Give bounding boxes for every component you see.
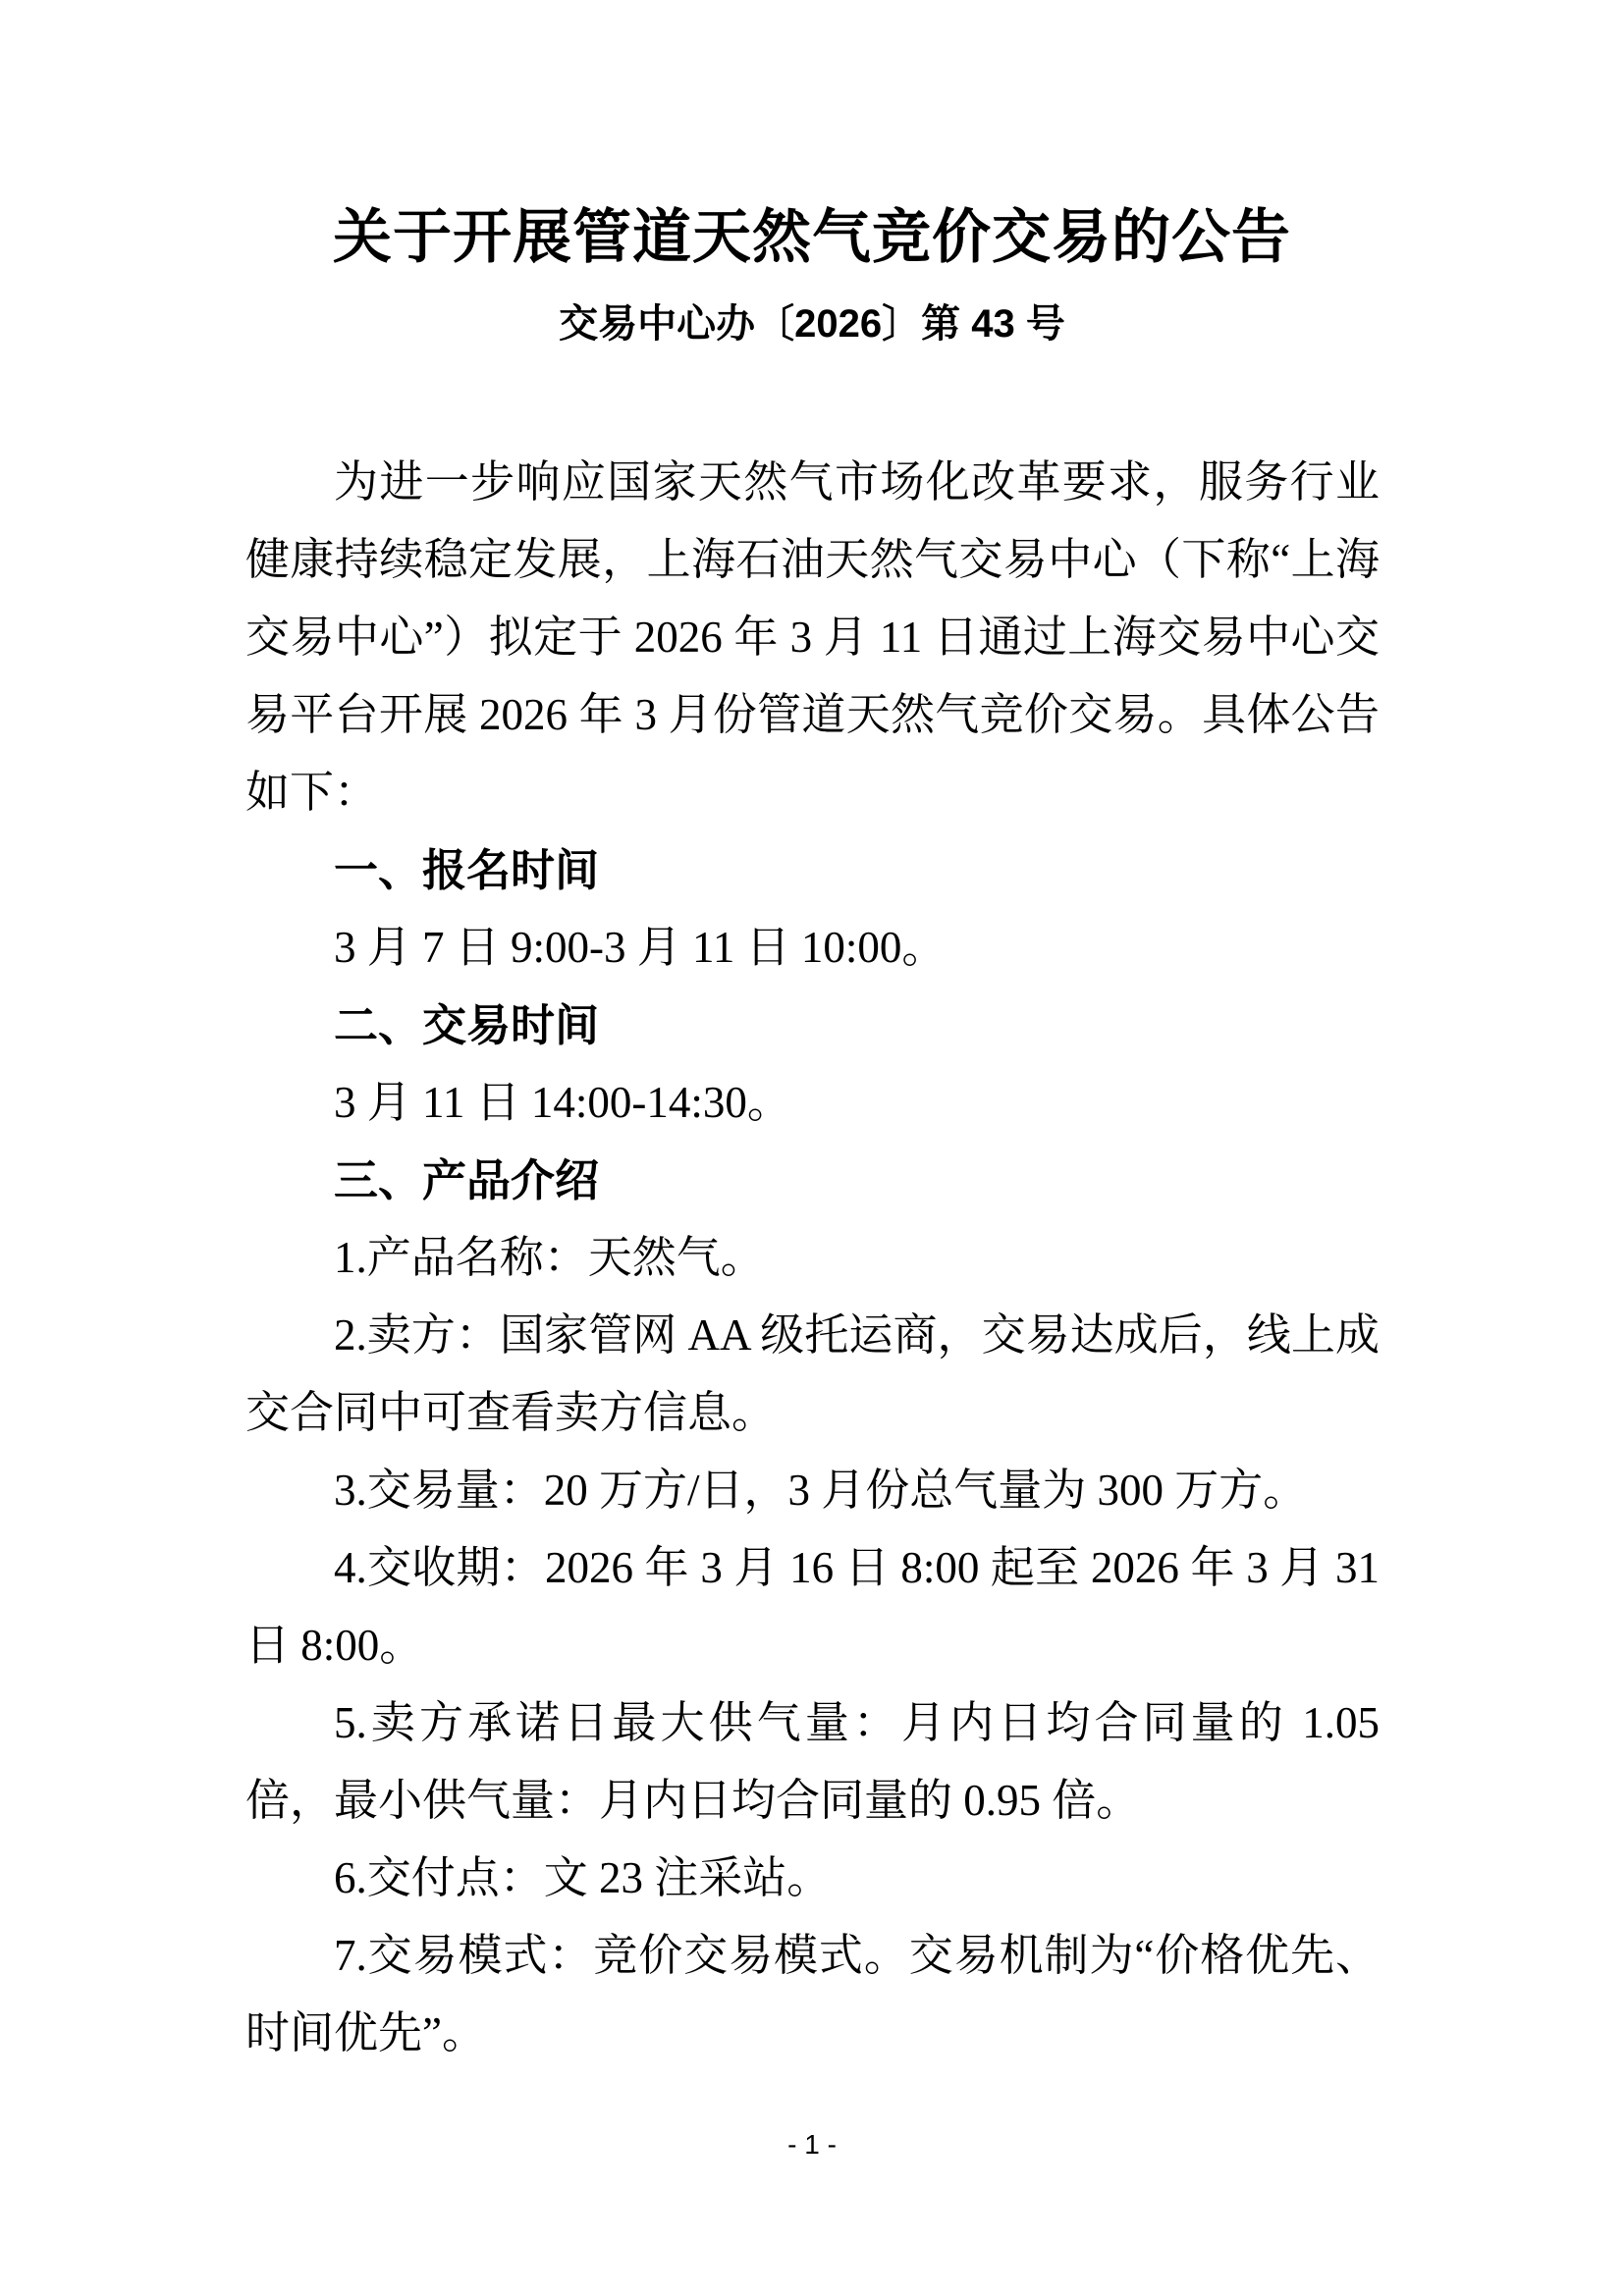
paragraph: 7.交易模式：竞价交易模式。交易机制为“价格优先、时间优先”。 (245, 1917, 1380, 2072)
paragraph: 1.产品名称：天然气。 (245, 1219, 1380, 1297)
document-page: 关于开展管道天然气竞价交易的公告 交易中心办〔2026〕第 43 号 为进一步响… (0, 0, 1624, 2296)
section-heading: 二、交易时间 (245, 987, 1380, 1064)
paragraph: 5.卖方承诺日最大供气量：月内日均合同量的 1.05 倍，最小供气量：月内日均合… (245, 1684, 1380, 1840)
paragraph: 3 月 7 日 9:00-3 月 11 日 10:00。 (245, 909, 1380, 987)
page-number: - 1 - (0, 2125, 1624, 2164)
document-number: 交易中心办〔2026〕第 43 号 (0, 296, 1624, 351)
paragraph: 4.交收期：2026 年 3 月 16 日 8:00 起至 2026 年 3 月… (245, 1529, 1380, 1684)
paragraph: 3 月 11 日 14:00-14:30。 (245, 1064, 1380, 1142)
section-heading: 三、产品介绍 (245, 1142, 1380, 1219)
paragraph: 2.卖方：国家管网 AA 级托运商，交易达成后，线上成交合同中可查看卖方信息。 (245, 1297, 1380, 1452)
paragraph: 3.交易量：20 万方/日，3 月份总气量为 300 万方。 (245, 1452, 1380, 1529)
paragraph: 6.交付点：文 23 注采站。 (245, 1840, 1380, 1917)
section-heading: 一、报名时间 (245, 831, 1380, 909)
document-body: 为进一步响应国家天然气市场化改革要求，服务行业健康持续稳定发展，上海石油天然气交… (245, 444, 1380, 2072)
document-title: 关于开展管道天然气竞价交易的公告 (0, 196, 1624, 279)
paragraph: 为进一步响应国家天然气市场化改革要求，服务行业健康持续稳定发展，上海石油天然气交… (245, 444, 1380, 831)
